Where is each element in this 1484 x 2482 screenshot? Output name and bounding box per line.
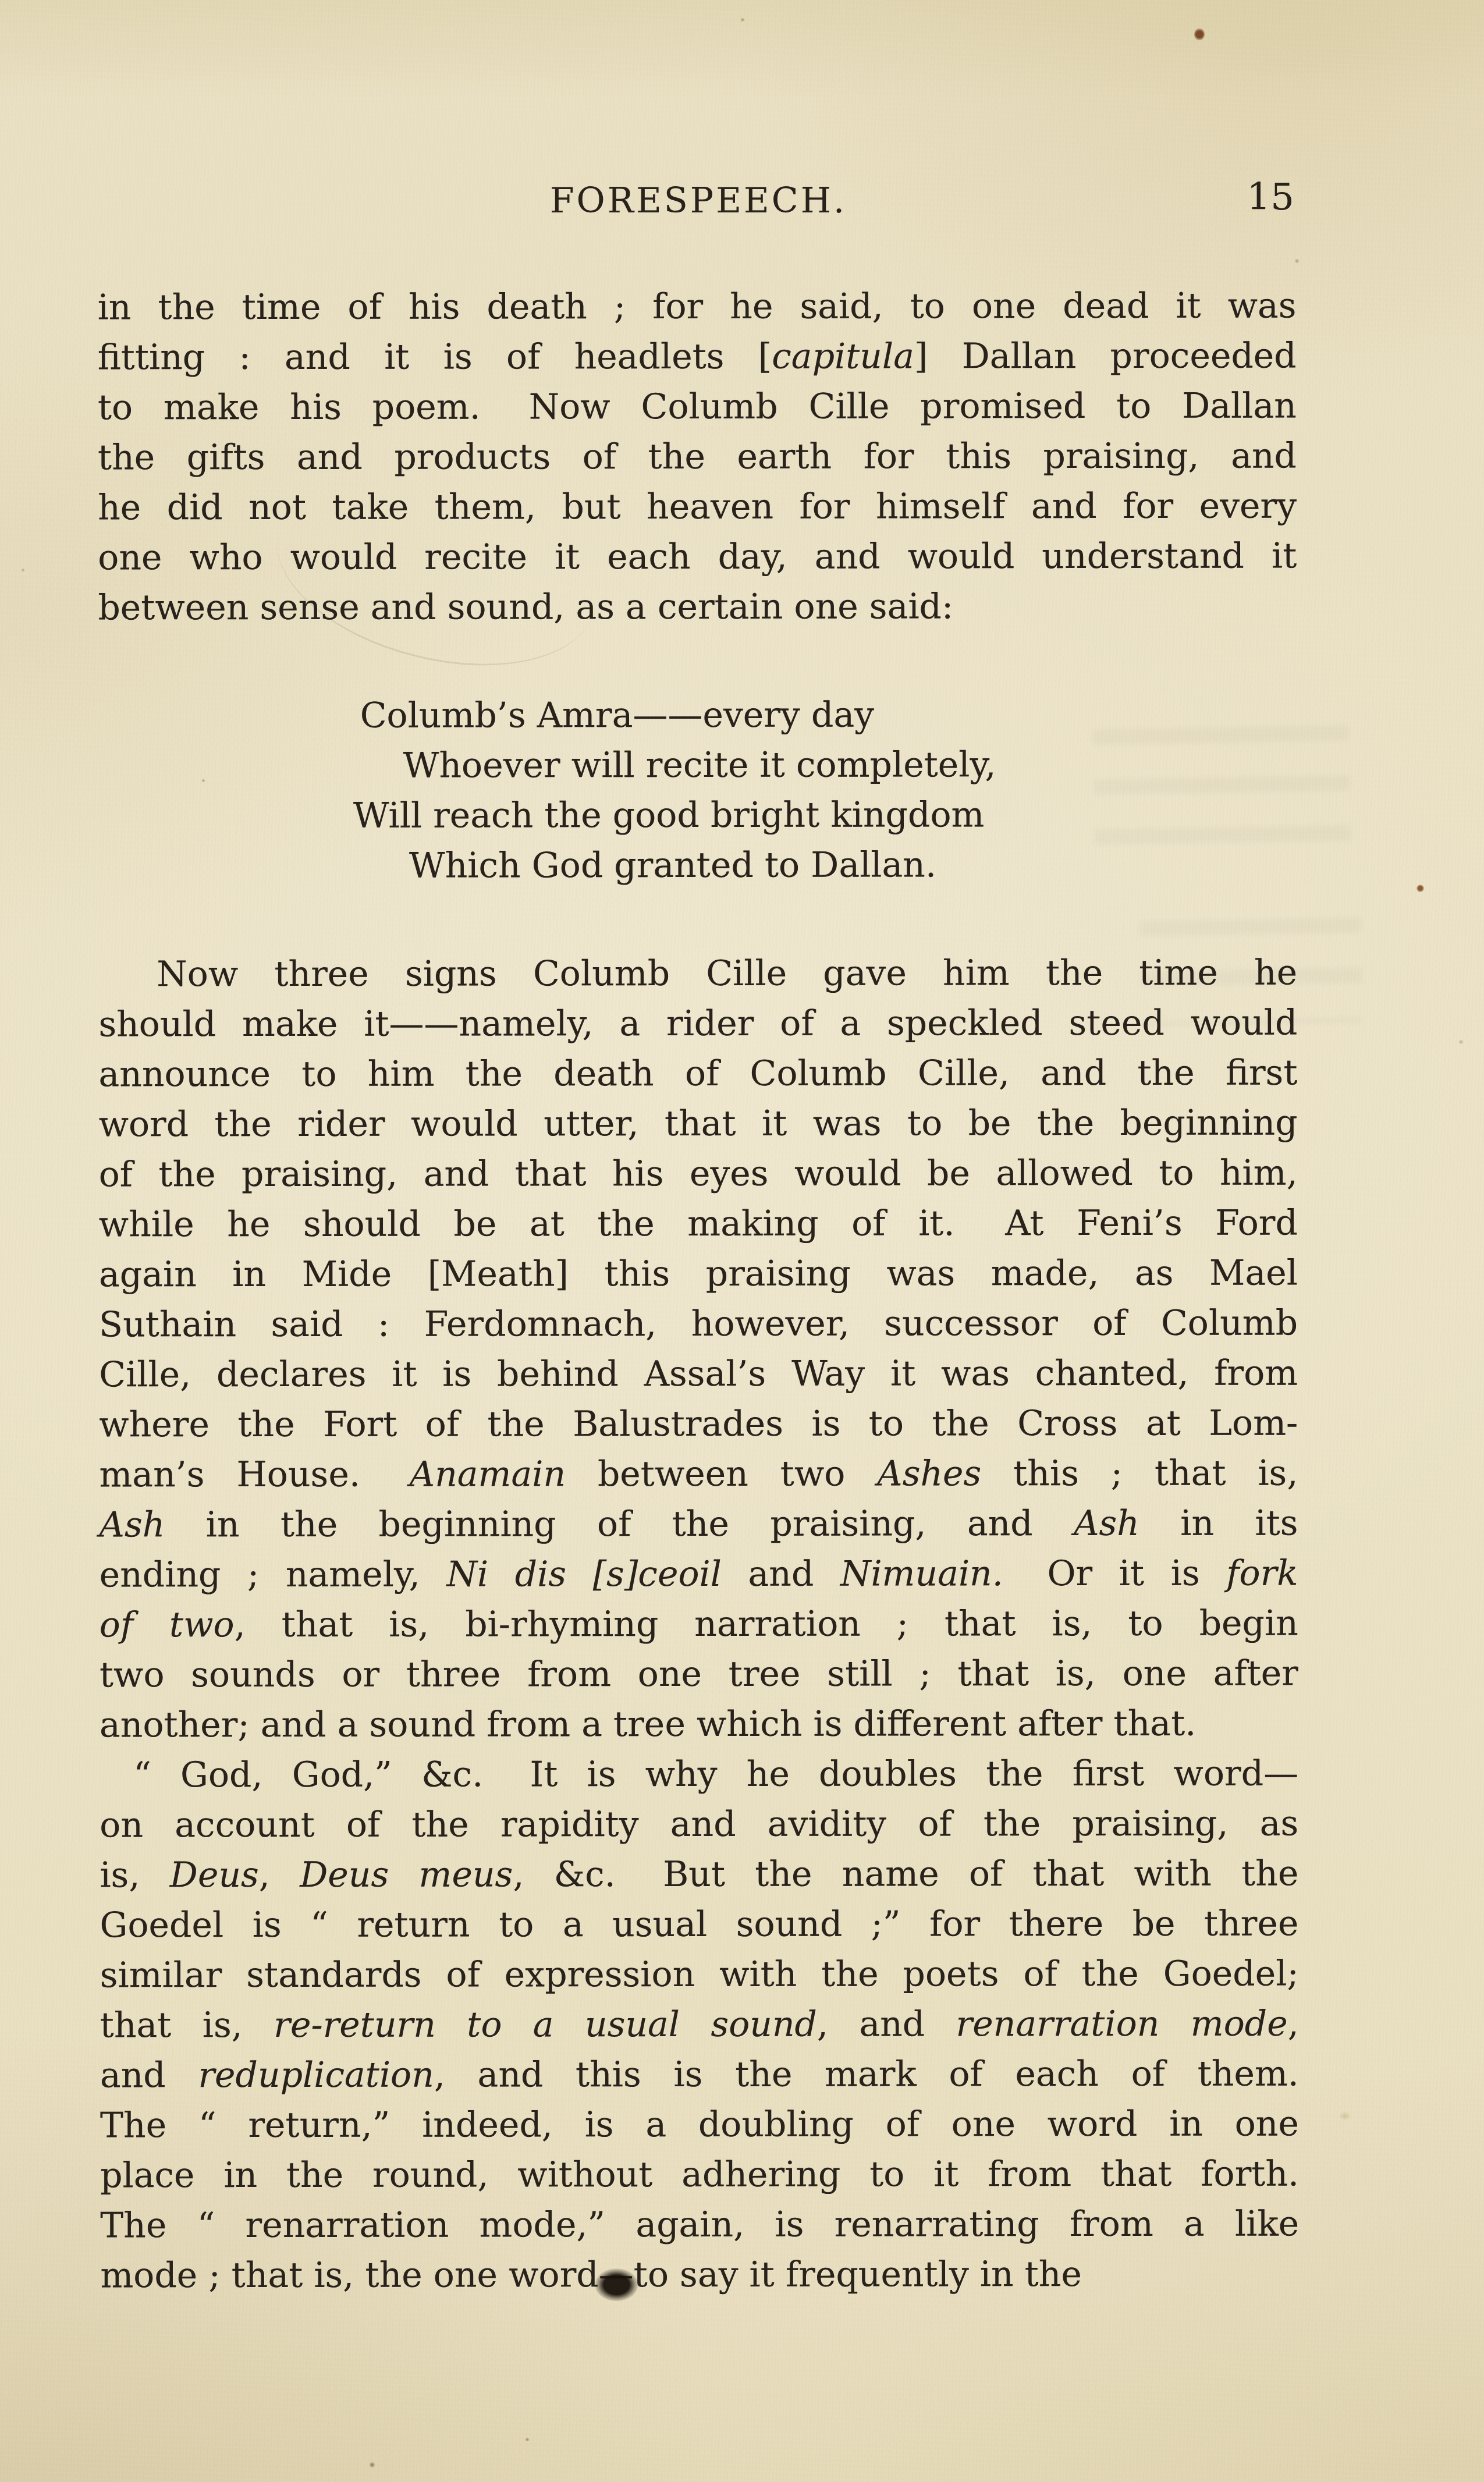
- text-block: in the time of his death ; for he said, …: [98, 281, 1300, 2301]
- text-line: again in Mide [Meath] this praising was …: [99, 1248, 1298, 1300]
- text-line: while he should be at the making of it. …: [99, 1198, 1298, 1250]
- text-line: Now three signs Columb Cille gave him th…: [98, 948, 1297, 1000]
- text-line: he did not take them, but heaven for him…: [98, 481, 1297, 533]
- foxing-spot: [21, 568, 25, 572]
- ink-blot: —to: [599, 2254, 669, 2295]
- text-line: man’s House. Anamain between two Ashes t…: [99, 1448, 1298, 1500]
- text-line: The “ return,” indeed, is a doubling of …: [100, 2099, 1299, 2151]
- text-line: ending ; namely, Ni dis [s]ceoil and Nim…: [100, 1549, 1298, 1600]
- foxing-spot: [740, 17, 745, 22]
- running-title: FORESPEECH.: [99, 176, 1298, 226]
- paragraph: in the time of his death ; for he said, …: [98, 281, 1297, 633]
- page-header: FORESPEECH. 15: [99, 176, 1298, 226]
- text-line: where the Fort of the Balustrades is to …: [99, 1398, 1298, 1450]
- foxing-spot: [525, 2437, 530, 2442]
- text-line: Will reach the good bright kingdom: [353, 790, 1297, 841]
- text-line: two sounds or three from one tree still …: [100, 1649, 1298, 1700]
- foxing-spot: [1416, 885, 1424, 892]
- text-line: Cille, declares it is behind Assal’s Way…: [99, 1348, 1298, 1400]
- text-line: to make his poem. Now Columb Cille promi…: [98, 381, 1297, 433]
- text-line: Ash in the beginning of the praising, an…: [100, 1499, 1298, 1550]
- text-line: the gifts and products of the earth for …: [98, 431, 1297, 483]
- text-line: “ God, God,” &c. It is why he doubles th…: [100, 1749, 1298, 1801]
- text-line: Columb’s Amra——every day: [360, 690, 1297, 741]
- text-line: of two, that is, bi-rhyming narration ; …: [100, 1599, 1298, 1650]
- text-line: word the rider would utter, that it was …: [99, 1098, 1298, 1150]
- book-page-scan: FORESPEECH. 15 in the time of his death …: [0, 0, 1484, 2482]
- text-line: Whoever will recite it completely,: [403, 740, 1297, 791]
- foxing-spot: [1458, 1039, 1464, 1045]
- foxing-spot: [1339, 2111, 1351, 2121]
- text-line: Suthain said : Ferdomnach, however, succ…: [99, 1298, 1298, 1350]
- text-line: Which God granted to Dallan.: [409, 840, 1297, 891]
- text-line: place in the round, without adhering to …: [100, 2149, 1299, 2201]
- text-line: Goedel is “ return to a usual sound ;” f…: [100, 1899, 1298, 1951]
- text-line: fitting : and it is of headlets [capitul…: [98, 331, 1297, 383]
- text-line: and reduplication, and this is the mark …: [100, 2049, 1299, 2101]
- text-line: another; and a sound from a tree which i…: [100, 1699, 1298, 1750]
- verse-paragraph: Columb’s Amra——every dayWhoever will rec…: [98, 690, 1297, 892]
- text-line: is, Deus, Deus meus, &c. But the name of…: [100, 1849, 1298, 1901]
- text-line: similar standards of expression with the…: [100, 1949, 1299, 2001]
- foxing-spot: [369, 2462, 375, 2468]
- text-line: on account of the rapidity and avidity o…: [100, 1799, 1298, 1851]
- text-line: between sense and sound, as a certain on…: [98, 581, 1297, 633]
- text-line: of the praising, and that his eyes would…: [99, 1148, 1298, 1200]
- foxing-spot: [1294, 258, 1300, 264]
- paragraph: “ God, God,” &c. It is why he doubles th…: [100, 1749, 1299, 2301]
- text-line: in the time of his death ; for he said, …: [98, 281, 1297, 333]
- foxing-spot: [1194, 28, 1205, 41]
- paragraph: Now three signs Columb Cille gave him th…: [98, 948, 1298, 1750]
- text-line: that is, re-return to a usual sound, and…: [100, 1999, 1299, 2051]
- text-line: announce to him the death of Columb Cill…: [98, 1048, 1297, 1100]
- text-line: one who would recite it each day, and wo…: [98, 531, 1297, 583]
- text-line: mode ; that is, the one word—to say it f…: [100, 2249, 1299, 2301]
- text-line: The “ renarration mode,” again, is renar…: [100, 2199, 1299, 2251]
- text-line: should make it——namely, a rider of a spe…: [98, 998, 1297, 1050]
- page-number: 15: [1247, 172, 1294, 222]
